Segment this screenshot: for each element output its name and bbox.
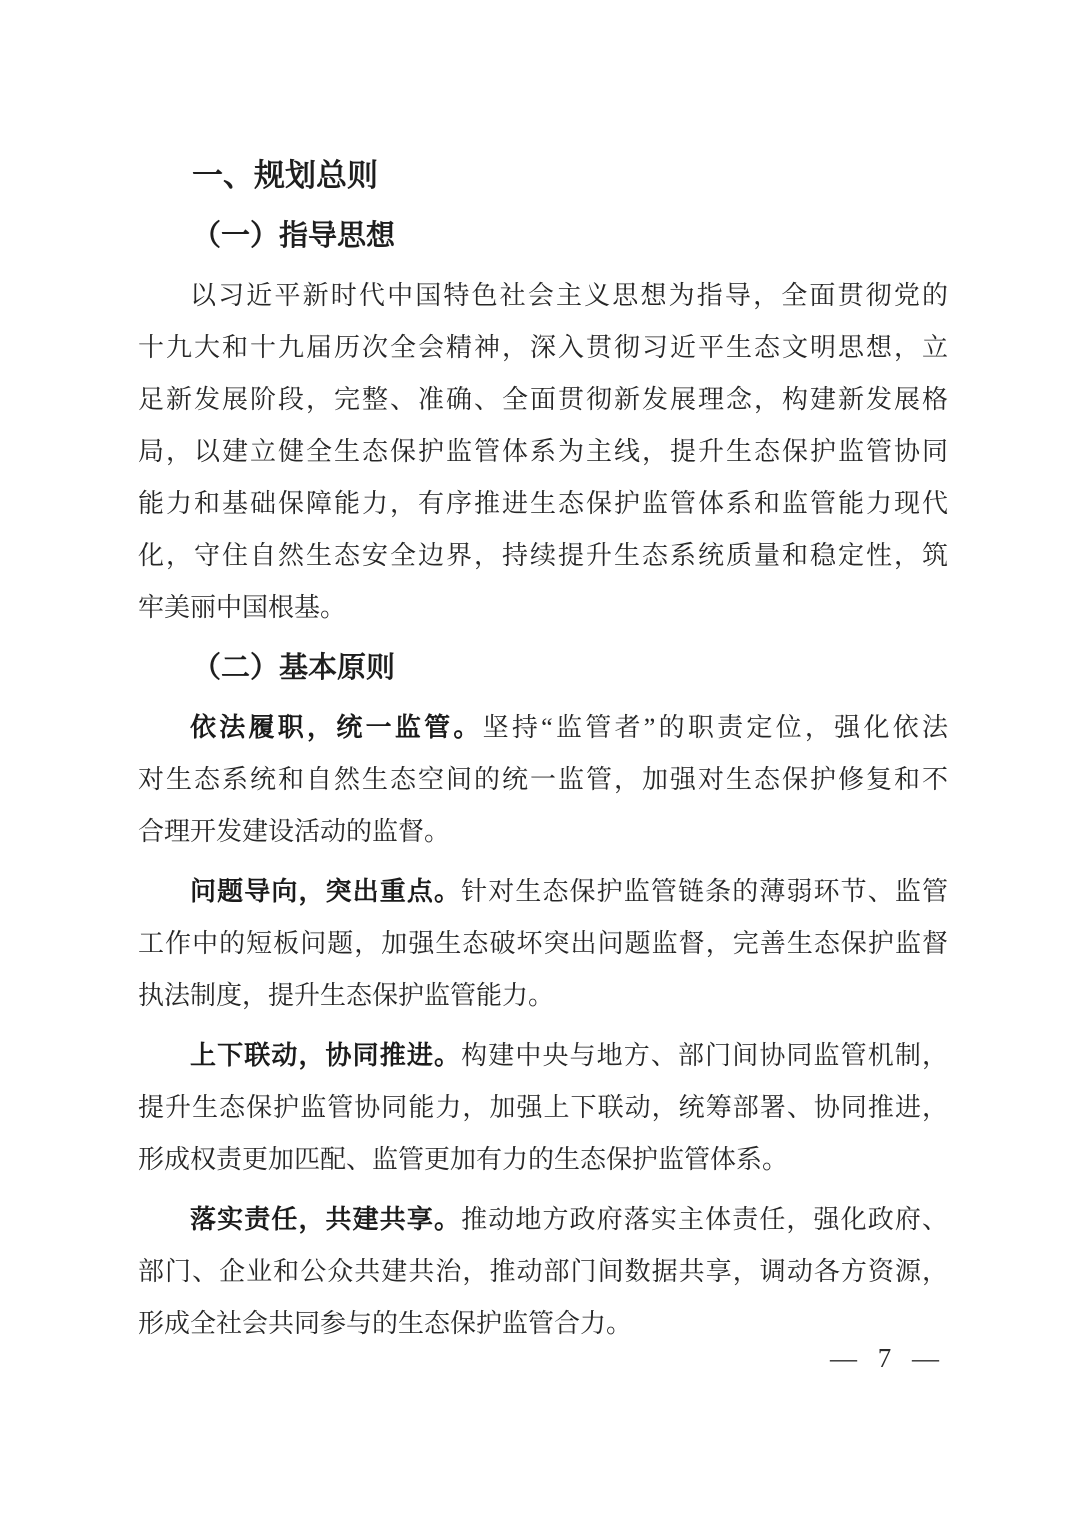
paragraph-line: 局，以建立健全生态保护监管体系为主线，提升生态保护监管协同	[138, 426, 948, 478]
paragraph-line-text: 坚持“监管者”的职责定位，强化依法	[483, 713, 948, 742]
page-number: — 7 —	[830, 1338, 946, 1378]
paragraph-line: 问题导向，突出重点。针对生态保护监管链条的薄弱环节、监管	[138, 866, 948, 918]
paragraph-lead: 问题导向，突出重点。	[190, 877, 461, 906]
paragraph-line: 形成权责更加匹配、监管更加有力的生态保护监管体系。	[138, 1134, 948, 1186]
paragraph-line: 提升生态保护监管协同能力，加强上下联动，统筹部署、协同推进，	[138, 1082, 948, 1134]
document-content: 一、规划总则 （一）指导思想 以习近平新时代中国特色社会主义思想为指导，全面贯彻…	[138, 150, 948, 1350]
paragraph-line: 足新发展阶段，完整、准确、全面贯彻新发展理念，构建新发展格	[138, 374, 948, 426]
paragraph-line-text: 针对生态保护监管链条的薄弱环节、监管	[461, 877, 948, 906]
section-title: 一、规划总则	[138, 150, 948, 202]
document-page: 一、规划总则 （一）指导思想 以习近平新时代中国特色社会主义思想为指导，全面贯彻…	[0, 0, 1080, 1527]
paragraph-line: 上下联动，协同推进。构建中央与地方、部门间协同监管机制，	[138, 1030, 948, 1082]
paragraph-principle-3: 上下联动，协同推进。构建中央与地方、部门间协同监管机制， 提升生态保护监管协同能…	[138, 1030, 948, 1186]
paragraph-line-text: 推动地方政府落实主体责任，强化政府、	[461, 1205, 948, 1234]
paragraph-line: 部门、企业和公众共建共治，推动部门间数据共享，调动各方资源，	[138, 1246, 948, 1298]
subsection-heading-1: （一）指导思想	[138, 210, 948, 262]
paragraph-line: 依法履职，统一监管。坚持“监管者”的职责定位，强化依法	[138, 702, 948, 754]
paragraph-line: 能力和基础保障能力，有序推进生态保护监管体系和监管能力现代	[138, 478, 948, 530]
paragraph-guiding-ideology: 以习近平新时代中国特色社会主义思想为指导，全面贯彻党的 十九大和十九届历次全会精…	[138, 270, 948, 634]
paragraph-principle-1: 依法履职，统一监管。坚持“监管者”的职责定位，强化依法 对生态系统和自然生态空间…	[138, 702, 948, 858]
paragraph-principle-4: 落实责任，共建共享。推动地方政府落实主体责任，强化政府、 部门、企业和公众共建共…	[138, 1194, 948, 1350]
paragraph-principle-2: 问题导向，突出重点。针对生态保护监管链条的薄弱环节、监管 工作中的短板问题，加强…	[138, 866, 948, 1022]
paragraph-line: 工作中的短板问题，加强生态破坏突出问题监督，完善生态保护监督	[138, 918, 948, 970]
paragraph-line: 执法制度，提升生态保护监管能力。	[138, 970, 948, 1022]
paragraph-line: 形成全社会共同参与的生态保护监管合力。	[138, 1298, 948, 1350]
paragraph-lead: 依法履职，统一监管。	[190, 713, 483, 742]
paragraph-line: 化，守住自然生态安全边界，持续提升生态系统质量和稳定性，筑	[138, 530, 948, 582]
subsection-heading-2: （二）基本原则	[138, 642, 948, 694]
paragraph-line: 十九大和十九届历次全会精神，深入贯彻习近平生态文明思想，立	[138, 322, 948, 374]
paragraph-lead: 落实责任，共建共享。	[190, 1205, 461, 1234]
paragraph-line: 对生态系统和自然生态空间的统一监管，加强对生态保护修复和不	[138, 754, 948, 806]
paragraph-lead: 上下联动，协同推进。	[190, 1041, 461, 1070]
paragraph-line: 落实责任，共建共享。推动地方政府落实主体责任，强化政府、	[138, 1194, 948, 1246]
paragraph-line-text: 构建中央与地方、部门间协同监管机制，	[461, 1041, 948, 1070]
paragraph-line: 以习近平新时代中国特色社会主义思想为指导，全面贯彻党的	[138, 270, 948, 322]
paragraph-line: 牢美丽中国根基。	[138, 582, 948, 634]
paragraph-line: 合理开发建设活动的监督。	[138, 806, 948, 858]
